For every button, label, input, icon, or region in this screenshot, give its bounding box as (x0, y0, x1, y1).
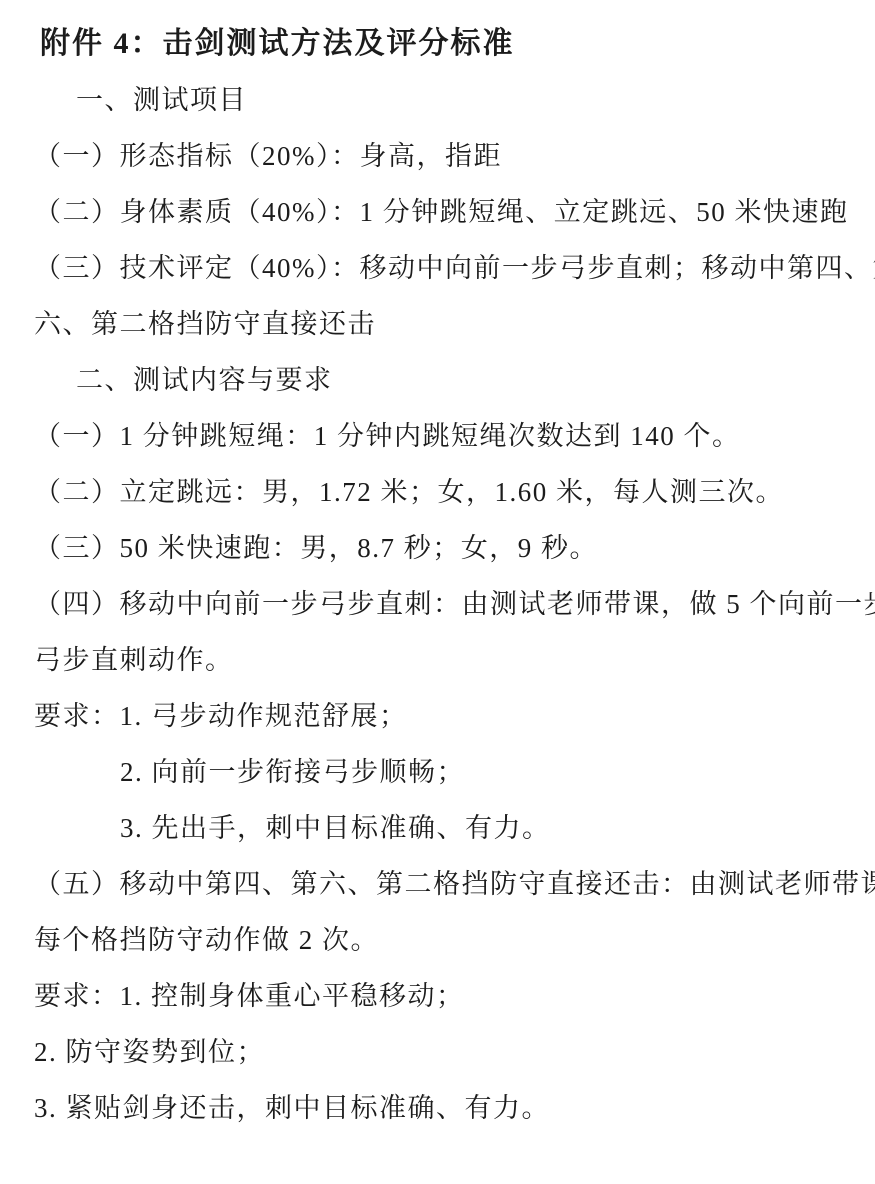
document-line: 一、测试项目 (0, 72, 875, 128)
document-line: 3. 紧贴剑身还击，刺中目标准确、有力。 (0, 1080, 875, 1136)
document-line: 要求：1. 弓步动作规范舒展； (0, 688, 875, 744)
document-line: （一）1 分钟跳短绳：1 分钟内跳短绳次数达到 140 个。 (0, 408, 875, 464)
document-line: 每个格挡防守动作做 2 次。 (0, 912, 875, 968)
document-line: （四）移动中向前一步弓步直刺：由测试老师带课，做 5 个向前一步 (0, 576, 875, 632)
document-line: 弓步直刺动作。 (0, 632, 875, 688)
document-line: 3. 先出手，刺中目标准确、有力。 (0, 800, 875, 856)
document-line: 六、第二格挡防守直接还击 (0, 296, 875, 352)
document-line: （二）立定跳远：男，1.72 米；女，1.60 米，每人测三次。 (0, 464, 875, 520)
document-line: （一）形态指标（20%）：身高，指距 (0, 128, 875, 184)
document-line: （三）技术评定（40%）：移动中向前一步弓步直刺；移动中第四、第 (0, 240, 875, 296)
document-title: 附件 4：击剑测试方法及评分标准 (0, 16, 875, 72)
document-line: （三）50 米快速跑：男，8.7 秒；女，9 秒。 (0, 520, 875, 576)
document-page: 附件 4：击剑测试方法及评分标准 一、测试项目 （一）形态指标（20%）：身高，… (0, 0, 875, 1184)
document-body: 附件 4：击剑测试方法及评分标准 一、测试项目 （一）形态指标（20%）：身高，… (0, 16, 875, 1136)
document-line: 二、测试内容与要求 (0, 352, 875, 408)
document-line: 要求：1. 控制身体重心平稳移动； (0, 968, 875, 1024)
document-line: 2. 向前一步衔接弓步顺畅； (0, 744, 875, 800)
document-line: （二）身体素质（40%）：1 分钟跳短绳、立定跳远、50 米快速跑 (0, 184, 875, 240)
document-line: 2. 防守姿势到位； (0, 1024, 875, 1080)
document-line: （五）移动中第四、第六、第二格挡防守直接还击：由测试老师带课， (0, 856, 875, 912)
